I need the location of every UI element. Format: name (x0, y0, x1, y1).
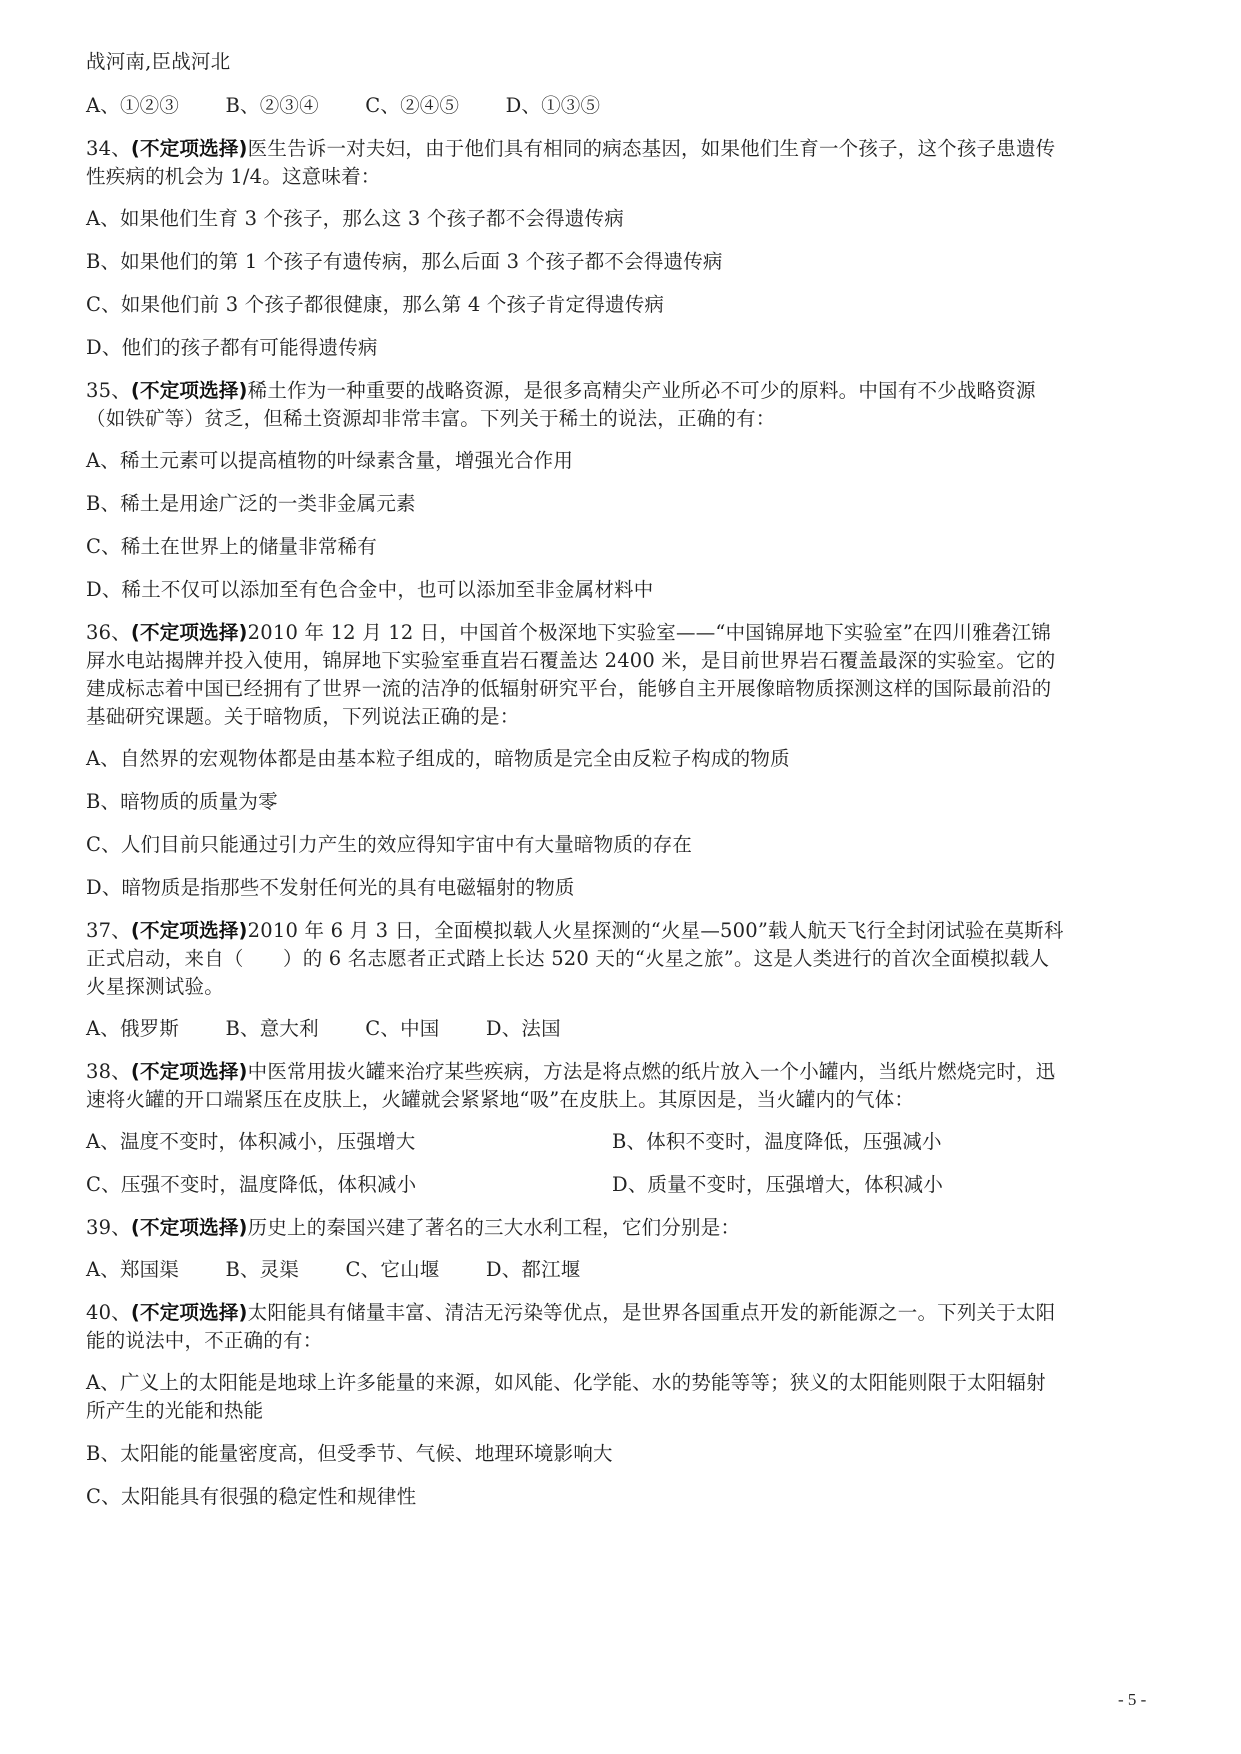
question-36-option-d: D、暗物质是指那些不发射任何光的具有电磁辐射的物质 (86, 874, 575, 902)
question-40-stem: 40、(不定项选择)太阳能具有储量丰富、清洁无污染等优点，是世界各国重点开发的新… (86, 1299, 1055, 1327)
question-text: 2010 年 6 月 3 日，全面模拟载人火星探测的“火星—500”载人航天飞行… (248, 919, 1064, 942)
question-35-option-d: D、稀土不仅可以添加至有色合金中，也可以添加至非金属材料中 (86, 576, 653, 604)
question-number: 37、 (86, 919, 131, 942)
question-text: 医生告诉一对夫妇，由于他们具有相同的病态基因，如果他们生育一个孩子，这个孩子患遗… (248, 137, 1056, 160)
question-type-tag: (不定项选择) (131, 1301, 248, 1324)
continuation-text: 战河南,臣战河北 (86, 48, 230, 76)
question-text: 稀土作为一种重要的战略资源，是很多高精尖产业所必不可少的原料。中国有不少战略资源 (248, 379, 1036, 402)
question-type-tag: (不定项选择) (131, 1216, 248, 1239)
question-text: 太阳能具有储量丰富、清洁无污染等优点，是世界各国重点开发的新能源之一。下列关于太… (248, 1301, 1056, 1324)
question-34-stem: 34、(不定项选择)医生告诉一对夫妇，由于他们具有相同的病态基因，如果他们生育一… (86, 135, 1055, 163)
question-38-stem: 38、(不定项选择)中医常用拔火罐来治疗某些疾病，方法是将点燃的纸片放入一个小罐… (86, 1058, 1055, 1086)
question-text-line: 火星探测试验。 (86, 973, 224, 1001)
option-a: A、俄罗斯 (86, 1015, 179, 1043)
question-text-line: 正式启动，来自（ ）的 6 名志愿者正式踏上长达 520 天的“火星之旅”。这是… (86, 945, 1049, 973)
question-37-options: A、俄罗斯 B、意大利 C、中国 D、法国 (86, 1015, 601, 1043)
question-34-option-b: B、如果他们的第 1 个孩子有遗传病，那么后面 3 个孩子都不会得遗传病 (86, 248, 723, 276)
question-text-line: 屏水电站揭牌并投入使用，锦屏地下实验室垂直岩石覆盖达 2400 米，是目前世界岩… (86, 647, 1055, 675)
question-39-options: A、郑国渠 B、灵渠 C、它山堰 D、都江堰 (86, 1256, 621, 1284)
option-a: A、①②③ (86, 92, 179, 120)
question-40-option-a: A、广义上的太阳能是地球上许多能量的来源，如风能、化学能、水的势能等等；狭义的太… (86, 1369, 1046, 1397)
option-d: D、①③⑤ (506, 92, 601, 120)
question-40-option-c: C、太阳能具有很强的稳定性和规律性 (86, 1483, 416, 1511)
question-type-tag: (不定项选择) (131, 621, 248, 644)
document-page: 战河南,臣战河北 A、①②③ B、②③④ C、②④⑤ D、①③⑤ 34、(不定项… (0, 0, 1241, 1754)
option-b: B、意大利 (226, 1015, 319, 1043)
option-d: D、都江堰 (486, 1256, 581, 1284)
question-39-stem: 39、(不定项选择)历史上的秦国兴建了著名的三大水利工程，它们分别是： (86, 1214, 740, 1242)
question-text-line: 基础研究课题。关于暗物质，下列说法正确的是： (86, 703, 519, 731)
question-number: 35、 (86, 379, 131, 402)
question-38-option-a: A、温度不变时，体积减小，压强增大 (86, 1128, 415, 1156)
question-text: 历史上的秦国兴建了著名的三大水利工程，它们分别是： (248, 1216, 741, 1239)
question-35-option-c: C、稀土在世界上的储量非常稀有 (86, 533, 377, 561)
option-c: C、它山堰 (346, 1256, 440, 1284)
question-type-tag: (不定项选择) (131, 379, 248, 402)
question-text-line: 性疾病的机会为 1/4。这意味着： (86, 163, 380, 191)
question-38-option-c: C、压强不变时，温度降低，体积减小 (86, 1171, 416, 1199)
question-type-tag: (不定项选择) (131, 137, 248, 160)
option-a: A、郑国渠 (86, 1256, 179, 1284)
question-text-line: 建成标志着中国已经拥有了世界一流的洁净的低辐射研究平台，能够自主开展像暗物质探测… (86, 675, 1051, 703)
question-type-tag: (不定项选择) (131, 919, 248, 942)
question-text-line: 能的说法中，不正确的有： (86, 1327, 322, 1355)
question-text: 中医常用拔火罐来治疗某些疾病，方法是将点燃的纸片放入一个小罐内，当纸片燃烧完时，… (248, 1060, 1056, 1083)
question-38-option-b: B、体积不变时，温度降低，压强减小 (612, 1128, 942, 1156)
question-number: 38、 (86, 1060, 131, 1083)
question-number: 34、 (86, 137, 131, 160)
question-text: 2010 年 12 月 12 日，中国首个极深地下实验室——“中国锦屏地下实验室… (248, 621, 1051, 644)
question-35-option-b: B、稀土是用途广泛的一类非金属元素 (86, 490, 416, 518)
question-36-option-c: C、人们目前只能通过引力产生的效应得知宇宙中有大量暗物质的存在 (86, 831, 692, 859)
question-type-tag: (不定项选择) (131, 1060, 248, 1083)
question-38-option-d: D、质量不变时，压强增大，体积减小 (612, 1171, 943, 1199)
page-number: - 5 - (1118, 1690, 1146, 1710)
option-c: C、②④⑤ (365, 92, 459, 120)
option-b: B、②③④ (226, 92, 319, 120)
question-text-line: 速将火罐的开口端紧压在皮肤上，火罐就会紧紧地“吸”在皮肤上。其原因是，当火罐内的… (86, 1086, 914, 1114)
question-36-option-b: B、暗物质的质量为零 (86, 788, 278, 816)
question-number: 36、 (86, 621, 131, 644)
option-b: B、灵渠 (226, 1256, 300, 1284)
question-40-option-b: B、太阳能的能量密度高，但受季节、气候、地理环境影响大 (86, 1440, 613, 1468)
question-number: 40、 (86, 1301, 131, 1324)
question-40-option-a-cont: 所产生的光能和热能 (86, 1397, 263, 1425)
option-c: C、中国 (365, 1015, 439, 1043)
question-number: 39、 (86, 1216, 131, 1239)
question-37-stem: 37、(不定项选择)2010 年 6 月 3 日，全面模拟载人火星探测的“火星—… (86, 917, 1064, 945)
continuation-options: A、①②③ B、②③④ C、②④⑤ D、①③⑤ (86, 92, 640, 120)
question-34-option-d: D、他们的孩子都有可能得遗传病 (86, 334, 378, 362)
question-35-stem: 35、(不定项选择)稀土作为一种重要的战略资源，是很多高精尖产业所必不可少的原料… (86, 377, 1036, 405)
question-34-option-c: C、如果他们前 3 个孩子都很健康，那么第 4 个孩子肯定得遗传病 (86, 291, 664, 319)
question-36-option-a: A、自然界的宏观物体都是由基本粒子组成的，暗物质是完全由反粒子构成的物质 (86, 745, 790, 773)
question-36-stem: 36、(不定项选择)2010 年 12 月 12 日，中国首个极深地下实验室——… (86, 619, 1051, 647)
option-d: D、法国 (486, 1015, 561, 1043)
question-35-option-a: A、稀土元素可以提高植物的叶绿素含量，增强光合作用 (86, 447, 573, 475)
question-34-option-a: A、如果他们生育 3 个孩子，那么这 3 个孩子都不会得遗传病 (86, 205, 624, 233)
question-text-line: （如铁矿等）贫乏，但稀土资源却非常丰富。下列关于稀土的说法，正确的有： (86, 405, 776, 433)
